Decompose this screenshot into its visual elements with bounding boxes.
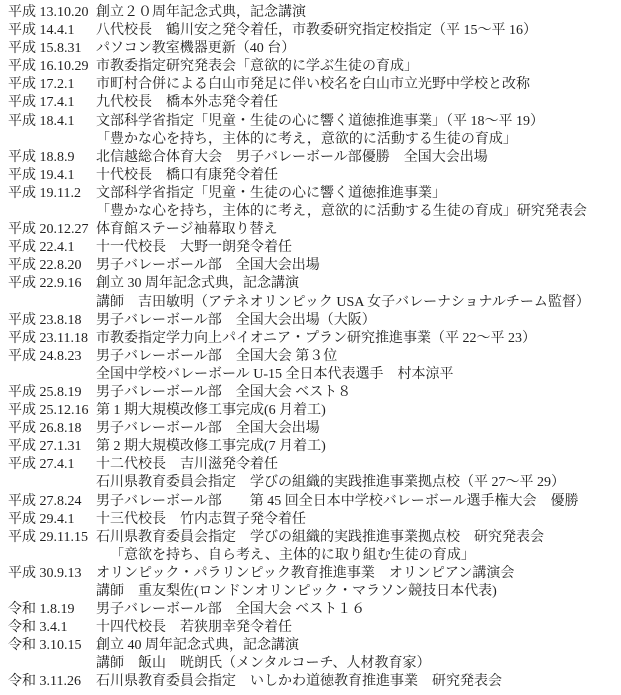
row-date: 平成 23.8.18 xyxy=(8,312,96,330)
timeline-row: 令和 3.4.1 十四代校長 若狭朋幸発令着任 xyxy=(8,619,621,637)
row-text: 十二代校長 吉川滋発令着任 xyxy=(96,456,621,474)
timeline-row: 「豊かな心を持ち，主体的に考え，意欲的に活動する生徒の育成」研究発表会 xyxy=(8,203,621,221)
timeline-row: 平成 16.10.29 市教委指定研究発表会「意欲的に学ぶ生徒の育成」 xyxy=(8,58,621,76)
row-text: 第 2 期大規模改修工事完成(7 月着工) xyxy=(96,438,621,456)
timeline-row: 石川県教育委員会指定 学びの組織的実践推進事業拠点校（平 27～平 29） xyxy=(8,474,621,492)
row-date: 平成 20.12.27 xyxy=(8,221,96,239)
timeline-row: 平成 22.4.1 十一代校長 大野一朗発令着任 xyxy=(8,239,621,257)
row-text: 十四代校長 若狭朋幸発令着任 xyxy=(96,619,621,637)
history-list: 平成 13.10.20 創立２０周年記念式典，記念講演 平成 14.4.1 八代… xyxy=(8,4,621,692)
row-date: 平成 24.8.23 xyxy=(8,348,96,366)
timeline-row: 平成 22.9.16 創立 30 周年記念式典，記念講演 xyxy=(8,275,621,293)
row-text: 「豊かな心を持ち，主体的に考え，意欲的に活動する生徒の育成」研究発表会 xyxy=(96,203,621,221)
timeline-row: 平成 18.4.1 文部科学省指定「児童・生徒の心に響く道徳推進事業」（平 18… xyxy=(8,113,621,131)
timeline-row: 令和 3.10.15 創立 40 周年記念式典，記念講演 xyxy=(8,637,621,655)
row-text: 北信越総合体育大会 男子バレーボール部優勝 全国大会出場 xyxy=(96,149,621,167)
row-date: 平成 27.8.24 xyxy=(8,493,96,511)
timeline-row: 平成 15.8.31 パソコン教室機器更新（40 台） xyxy=(8,40,621,58)
row-text: 十一代校長 大野一朗発令着任 xyxy=(96,239,621,257)
row-date: 平成 30.9.13 xyxy=(8,565,96,583)
row-date: 平成 29.11.15 xyxy=(8,529,96,547)
timeline-row: 「豊かな心を持ち，主体的に考え，意欲的に活動する生徒の育成」 xyxy=(8,131,621,149)
row-text: 創立２０周年記念式典，記念講演 xyxy=(96,4,621,22)
row-text: 講師 飯山 晄朗氏（メンタルコーチ、人材教育家） xyxy=(96,655,621,673)
row-date: 平成 26.8.18 xyxy=(8,420,96,438)
row-text: 講師 吉田敏明（アテネオリンピック USA 女子バレーナショナルチーム監督） xyxy=(96,294,621,312)
row-text: オリンピック・パラリンピック教育推進事業 オリンピアン講演会 xyxy=(96,565,621,583)
timeline-row: 令和 3.11.26 石川県教育委員会指定 いしかわ道徳教育推進事業 研究発表会 xyxy=(8,673,621,691)
row-date: 平成 19.11.2 xyxy=(8,185,96,203)
timeline-row: 平成 27.4.1 十二代校長 吉川滋発令着任 xyxy=(8,456,621,474)
timeline-row: 平成 25.12.16 第 1 期大規模改修工事完成(6 月着工) xyxy=(8,402,621,420)
row-text: 市教委指定研究発表会「意欲的に学ぶ生徒の育成」 xyxy=(96,58,621,76)
row-text: 男子バレーボール部 全国大会出場 xyxy=(96,420,621,438)
row-text: 市町村合併による白山市発足に伴い校名を白山市立光野中学校と改称 xyxy=(96,76,621,94)
row-text: 「豊かな心を持ち，主体的に考え，意欲的に活動する生徒の育成」 xyxy=(96,131,621,149)
row-date: 平成 23.11.18 xyxy=(8,330,96,348)
row-text: 十代校長 橋口有康発令着任 xyxy=(96,167,621,185)
row-text: 男子バレーボール部 全国大会出場 xyxy=(96,257,621,275)
row-text: 文部科学省指定「児童・生徒の心に響く道徳推進事業」 xyxy=(96,185,621,203)
timeline-row: 講師 重友梨佐(ロンドンオリンピック・マラソン競技日本代表) xyxy=(8,583,621,601)
timeline-row: 平成 27.8.24 男子バレーボール部 第 45 回全日本中学校バレーボール選… xyxy=(8,493,621,511)
row-date: 平成 22.9.16 xyxy=(8,275,96,293)
row-text: 創立 30 周年記念式典，記念講演 xyxy=(96,275,621,293)
row-date: 平成 27.1.31 xyxy=(8,438,96,456)
row-text: 八代校長 鶴川安之発令着任，市教委研究指定校指定（平 15～平 16） xyxy=(96,22,621,40)
row-text: 男子バレーボール部 全国大会 ベスト１６ xyxy=(96,601,621,619)
row-text: 男子バレーボール部 全国大会 第３位 xyxy=(96,348,621,366)
timeline-row: 講師 飯山 晄朗氏（メンタルコーチ、人材教育家） xyxy=(8,655,621,673)
history-timeline-document: 平成 13.10.20 創立２０周年記念式典，記念講演 平成 14.4.1 八代… xyxy=(0,0,621,692)
row-date: 平成 18.4.1 xyxy=(8,113,96,131)
row-date: 平成 25.12.16 xyxy=(8,402,96,420)
timeline-row: 平成 30.9.13 オリンピック・パラリンピック教育推進事業 オリンピアン講演… xyxy=(8,565,621,583)
timeline-row: 平成 24.8.23 男子バレーボール部 全国大会 第３位 xyxy=(8,348,621,366)
row-date: 令和 1.8.19 xyxy=(8,601,96,619)
row-text: 文部科学省指定「児童・生徒の心に響く道徳推進事業」（平 18～平 19） xyxy=(96,113,621,131)
timeline-row: 平成 23.8.18 男子バレーボール部 全国大会出場（大阪） xyxy=(8,312,621,330)
row-text: 十三代校長 竹内志賀子発令着任 xyxy=(96,511,621,529)
row-text: 市教委指定学力向上パイオニア・プラン研究推進事業（平 22～平 23） xyxy=(96,330,621,348)
timeline-row: 平成 19.11.2 文部科学省指定「児童・生徒の心に響く道徳推進事業」 xyxy=(8,185,621,203)
row-text: 創立 40 周年記念式典，記念講演 xyxy=(96,637,621,655)
timeline-row: 平成 25.8.19 男子バレーボール部 全国大会 ベスト８ xyxy=(8,384,621,402)
row-date: 平成 13.10.20 xyxy=(8,4,96,22)
row-text: 体育館ステージ袖幕取り替え xyxy=(96,221,621,239)
row-text: 石川県教育委員会指定 学びの組織的実践推進事業拠点校（平 27～平 29） xyxy=(96,474,621,492)
row-text: 九代校長 橋本外志発令着任 xyxy=(96,94,621,112)
row-date: 平成 22.4.1 xyxy=(8,239,96,257)
row-date: 平成 17.4.1 xyxy=(8,94,96,112)
row-date: 平成 15.8.31 xyxy=(8,40,96,58)
timeline-row: 平成 17.4.1 九代校長 橋本外志発令着任 xyxy=(8,94,621,112)
row-text: 男子バレーボール部 全国大会 ベスト８ xyxy=(96,384,621,402)
timeline-row: 平成 17.2.1 市町村合併による白山市発足に伴い校名を白山市立光野中学校と改… xyxy=(8,76,621,94)
row-text: パソコン教室機器更新（40 台） xyxy=(96,40,621,58)
row-date: 平成 17.2.1 xyxy=(8,76,96,94)
timeline-row: 平成 14.4.1 八代校長 鶴川安之発令着任，市教委研究指定校指定（平 15～… xyxy=(8,22,621,40)
timeline-row: 全国中学校バレーボール U-15 全日本代表選手 村本涼平 xyxy=(8,366,621,384)
row-text: 男子バレーボール部 全国大会出場（大阪） xyxy=(96,312,621,330)
timeline-row: 平成 18.8.9 北信越総合体育大会 男子バレーボール部優勝 全国大会出場 xyxy=(8,149,621,167)
row-date: 平成 25.8.19 xyxy=(8,384,96,402)
timeline-row: 平成 23.11.18 市教委指定学力向上パイオニア・プラン研究推進事業（平 2… xyxy=(8,330,621,348)
row-text: 石川県教育委員会指定 学びの組織的実践推進事業拠点校 研究発表会 xyxy=(96,529,621,547)
row-date: 平成 16.10.29 xyxy=(8,58,96,76)
row-date: 令和 3.4.1 xyxy=(8,619,96,637)
timeline-row: 「意欲を持ち、自ら考え、主体的に取り組む生徒の育成」 xyxy=(8,547,621,565)
row-date: 平成 27.4.1 xyxy=(8,456,96,474)
row-date: 令和 3.10.15 xyxy=(8,637,96,655)
timeline-row: 平成 29.11.15 石川県教育委員会指定 学びの組織的実践推進事業拠点校 研… xyxy=(8,529,621,547)
row-date: 平成 14.4.1 xyxy=(8,22,96,40)
timeline-row: 平成 22.8.20 男子バレーボール部 全国大会出場 xyxy=(8,257,621,275)
timeline-row: 平成 26.8.18 男子バレーボール部 全国大会出場 xyxy=(8,420,621,438)
row-date: 平成 29.4.1 xyxy=(8,511,96,529)
timeline-row: 平成 19.4.1 十代校長 橋口有康発令着任 xyxy=(8,167,621,185)
timeline-row: 平成 20.12.27 体育館ステージ袖幕取り替え xyxy=(8,221,621,239)
timeline-row: 平成 27.1.31 第 2 期大規模改修工事完成(7 月着工) xyxy=(8,438,621,456)
row-date: 平成 22.8.20 xyxy=(8,257,96,275)
row-date: 平成 18.8.9 xyxy=(8,149,96,167)
row-text: 第 1 期大規模改修工事完成(6 月着工) xyxy=(96,402,621,420)
row-text: 全国中学校バレーボール U-15 全日本代表選手 村本涼平 xyxy=(96,366,621,384)
row-text: 男子バレーボール部 第 45 回全日本中学校バレーボール選手権大会 優勝 xyxy=(96,493,621,511)
row-text: 講師 重友梨佐(ロンドンオリンピック・マラソン競技日本代表) xyxy=(96,583,621,601)
timeline-row: 平成 29.4.1 十三代校長 竹内志賀子発令着任 xyxy=(8,511,621,529)
row-text: 「意欲を持ち、自ら考え、主体的に取り組む生徒の育成」 xyxy=(96,547,621,565)
row-date: 平成 19.4.1 xyxy=(8,167,96,185)
timeline-row: 平成 13.10.20 創立２０周年記念式典，記念講演 xyxy=(8,4,621,22)
row-text: 石川県教育委員会指定 いしかわ道徳教育推進事業 研究発表会 xyxy=(96,673,621,691)
timeline-row: 講師 吉田敏明（アテネオリンピック USA 女子バレーナショナルチーム監督） xyxy=(8,294,621,312)
row-date: 令和 3.11.26 xyxy=(8,673,96,691)
timeline-row: 令和 1.8.19 男子バレーボール部 全国大会 ベスト１６ xyxy=(8,601,621,619)
